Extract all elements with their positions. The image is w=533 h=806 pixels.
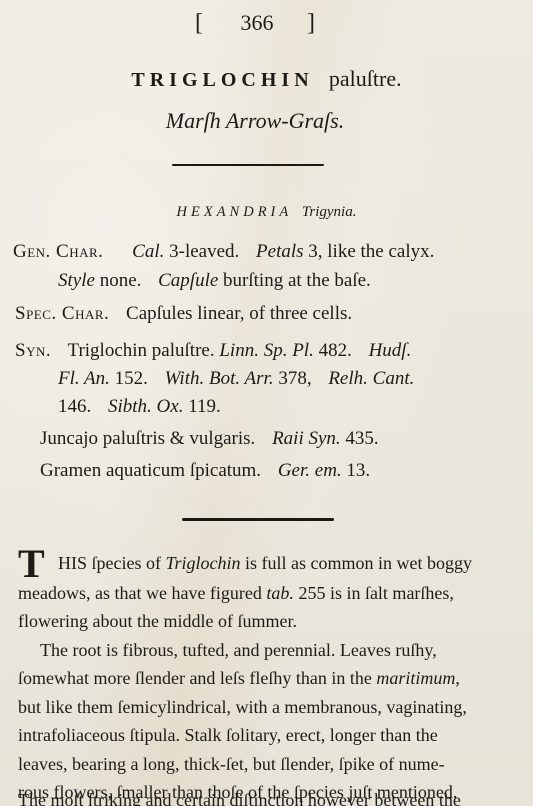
spec-char-label: Spec. Char. — [15, 303, 109, 324]
text-run: Capſule — [158, 270, 218, 291]
gen-char-label: Gen. Char. — [13, 241, 103, 262]
text-run: HIS ſpecies of — [58, 553, 165, 573]
spec-char-text: Capſules linear, of three cells. — [126, 303, 352, 324]
spec-char-line: Spec. Char. Capſules linear, of three ce… — [15, 303, 352, 325]
text-run: tab. — [266, 583, 294, 603]
body-line: flowering about the middle of ſummer. — [18, 611, 297, 632]
text-run: but like them ſemicylindrical, with a me… — [18, 697, 467, 717]
text-run: ſomewhat more ſlender and leſs fleſhy th… — [18, 668, 376, 688]
text-run: Raii Syn. — [272, 428, 341, 449]
text-run: 378, — [274, 368, 312, 389]
text-run: Gramen aquaticum ſpicatum. — [40, 460, 261, 481]
text-run: meadows, as that we have figured — [18, 583, 266, 603]
text-run: 119. — [183, 396, 220, 417]
gen-char-line-2: Style none. Capſule burſting at the baſe… — [58, 270, 371, 292]
text-run: 482. — [314, 340, 352, 361]
text-run: 3-leaved. — [164, 241, 239, 262]
divider-rule-bottom — [182, 518, 334, 521]
synonym-line-2: Fl. An. 152. With. Bot. Arr. 378, Relh. … — [58, 368, 414, 390]
text-run: Petals — [256, 241, 304, 262]
body-line: intrafoliaceous ſtipula. Stalk ſolitary,… — [18, 725, 438, 746]
bracket-close: ] — [307, 10, 315, 37]
body-line: HIS ſpecies of Triglochin is full as com… — [58, 553, 472, 574]
text-run: 146. — [58, 396, 91, 417]
synonym-line-3: 146. Sibth. Ox. 119. — [58, 396, 221, 418]
text-run: Cal. — [132, 241, 164, 262]
text-run: leaves, bearing a long, thick-ſet, but ſ… — [18, 754, 445, 774]
text-run: 3, like the calyx. — [304, 241, 435, 262]
text-run: Relh. Cant. — [328, 368, 414, 389]
text-run: is full as common in wet boggy — [241, 553, 472, 573]
body-line: The root is fibrous, tufted, and perenni… — [40, 640, 437, 661]
class-name: HEXANDRIA — [177, 204, 293, 220]
text-run: Ger. em. — [278, 460, 342, 481]
text-run: , — [455, 668, 460, 688]
text-run: 152. — [110, 368, 148, 389]
text-run: 255 is in ſalt marſhes, — [294, 583, 454, 603]
species-title: TRIGLOCHIN paluſtre. — [0, 66, 533, 92]
syn-label: Syn. — [15, 340, 51, 361]
text-run: With. Bot. Arr. — [165, 368, 274, 389]
page-number-header: [ 366 ] — [195, 10, 315, 37]
text-run: Juncajo paluſtris & vulgaris. — [40, 428, 255, 449]
species-name: paluſtre. — [329, 66, 402, 91]
text-run: Hudſ. — [369, 340, 412, 361]
linnaean-classification: HEXANDRIA Trigynia. — [0, 204, 533, 221]
page-number: 366 — [241, 10, 274, 37]
genus-name: TRIGLOCHIN — [131, 69, 313, 91]
text-run: Triglochin paluſtre. — [68, 340, 220, 361]
text-run: Linn. Sp. Pl. — [219, 340, 313, 361]
text-run: Style — [58, 270, 95, 291]
text-run: burſting at the baſe. — [218, 270, 370, 291]
text-run: maritimum — [376, 668, 455, 688]
text-run: The root is fibrous, tufted, and perenni… — [40, 640, 437, 660]
synonym-line-1: Syn. Triglochin paluſtre. Linn. Sp. Pl. … — [15, 340, 411, 362]
text-run: Triglochin — [165, 553, 240, 573]
body-line: but like them ſemicylindrical, with a me… — [18, 697, 467, 718]
gen-char-line-1: Gen. Char. Cal. 3-leaved. Petals 3, like… — [13, 241, 434, 263]
common-name: Marſh Arrow-Graſs. — [0, 108, 510, 134]
text-run: Sibth. Ox. — [108, 396, 183, 417]
body-line-cut: The moſt ſtriking and certain diſtinctio… — [18, 790, 461, 806]
divider-rule-top — [172, 164, 324, 166]
text-run: Fl. An. — [58, 368, 110, 389]
synonym-line-4: Juncajo paluſtris & vulgaris. Raii Syn. … — [40, 428, 379, 450]
text-run: The moſt ſtriking and certain diſtinctio… — [18, 790, 461, 806]
text-run: intrafoliaceous ſtipula. Stalk ſolitary,… — [18, 725, 438, 745]
body-line: leaves, bearing a long, thick-ſet, but ſ… — [18, 754, 445, 775]
book-page: [ 366 ] TRIGLOCHIN paluſtre. Marſh Arrow… — [0, 0, 533, 806]
bracket-open: [ — [195, 10, 203, 37]
drop-cap: T — [18, 544, 45, 584]
text-run: 435. — [341, 428, 379, 449]
text-run: flowering about the middle of ſummer. — [18, 611, 297, 631]
synonym-line-5: Gramen aquaticum ſpicatum. Ger. em. 13. — [40, 460, 370, 482]
body-line: ſomewhat more ſlender and leſs fleſhy th… — [18, 668, 460, 689]
order-name: Trigynia. — [302, 204, 357, 220]
text-run: 13. — [342, 460, 371, 481]
body-line: meadows, as that we have figured tab. 25… — [18, 583, 454, 604]
text-run: none. — [95, 270, 141, 291]
